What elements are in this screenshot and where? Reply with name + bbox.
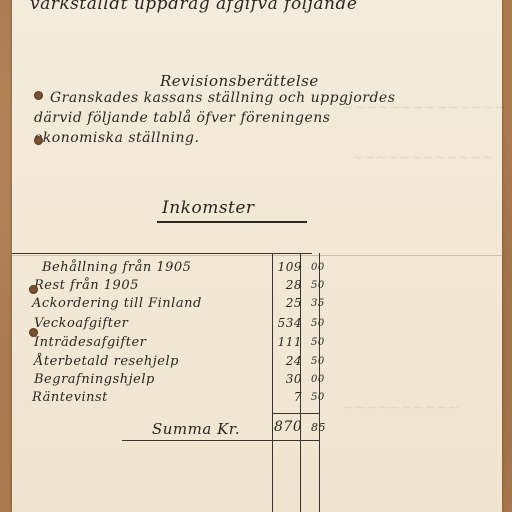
- row-ore: 50: [311, 280, 331, 291]
- total-kronor: 870: [274, 419, 302, 435]
- row-label: Återbetald resehjelp: [34, 354, 179, 369]
- paper-fold-line: [12, 255, 502, 256]
- row-ore: 00: [311, 374, 331, 385]
- row-kronor: 25: [274, 296, 302, 310]
- row-ore: 35: [311, 298, 331, 309]
- sum-rule: [272, 413, 320, 414]
- total-label: Summa Kr.: [152, 420, 240, 438]
- row-label: Inträdesafgifter: [34, 335, 146, 350]
- row-label: Begrafningshjelp: [34, 372, 155, 387]
- row-kronor: 534: [274, 316, 302, 330]
- row-kronor: 111: [274, 335, 302, 349]
- table-title-underline: [157, 221, 307, 223]
- row-ore: 50: [311, 392, 331, 403]
- row-label: Räntevinst: [32, 390, 108, 405]
- handwritten-ledger-page: ~~~~~~~~~~~~~~ ~~~~~~~~~~~~ ~~~~~~~~~~ v…: [12, 0, 502, 512]
- row-ore: 50: [311, 318, 331, 329]
- top-line-text: värkställdt uppdrag afgifva följande: [30, 0, 357, 14]
- bleed-through-text: ~~~~~~~~~~: [342, 400, 459, 416]
- row-kronor: 7: [274, 390, 302, 404]
- row-kronor: 28: [274, 278, 302, 292]
- kronor-column-rule: [272, 253, 273, 512]
- paragraph-line-2: därvid följande tablå öfver föreningens: [34, 110, 331, 126]
- row-ore: 00: [311, 262, 331, 273]
- total-underline: [122, 440, 320, 441]
- total-ore: 85: [311, 421, 331, 434]
- section-title: Revisionsberättelse: [160, 72, 319, 90]
- table-title: Inkomster: [162, 198, 255, 218]
- row-ore: 50: [311, 337, 331, 348]
- row-kronor: 30: [274, 372, 302, 386]
- row-kronor: 109: [274, 260, 302, 274]
- row-ore: 50: [311, 356, 331, 367]
- punch-hole: [29, 285, 38, 294]
- bleed-through-text: ~~~~~~~~~~~~: [352, 150, 493, 166]
- punch-hole: [34, 91, 43, 100]
- row-label: Rest från 1905: [34, 278, 139, 293]
- punch-hole: [34, 136, 43, 145]
- row-label: Behållning från 1905: [42, 260, 191, 275]
- row-label: Ackordering till Finland: [32, 296, 202, 311]
- row-kronor: 24: [274, 354, 302, 368]
- paragraph-line-3: ekonomiska ställning.: [34, 130, 199, 146]
- row-label: Veckoafgifter: [34, 316, 128, 331]
- table-top-rule: [12, 253, 312, 254]
- paragraph-line-1: Granskades kassans ställning och uppgjor…: [50, 90, 395, 106]
